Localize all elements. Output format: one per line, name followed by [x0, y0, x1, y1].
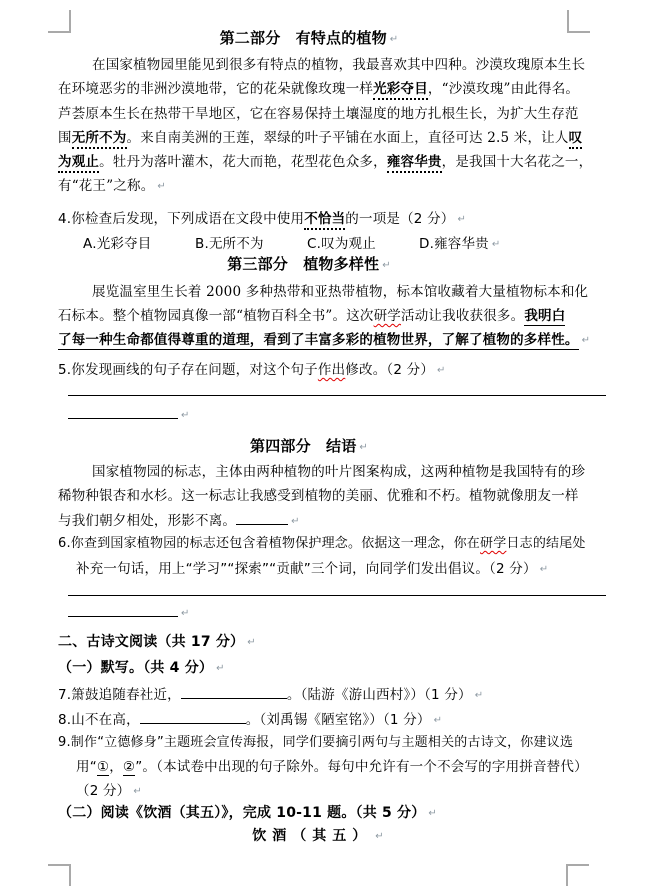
- paragraph-mark-icon: ↵: [434, 715, 443, 726]
- part3-para-line: 石标本。整个植物园真像一部“植物百科全书”。这次研学活动让我收获很多。我明白: [58, 306, 610, 326]
- part2-heading-text: 第二部分 有特点的植物: [220, 29, 387, 47]
- emphasized-idiom: 叹: [569, 130, 583, 149]
- para-text: 在国家植物园里能见到很多有特点的植物，我最喜欢其中四种。沙漠玫瑰原本生长: [92, 57, 585, 73]
- question-text: ，: [109, 759, 123, 775]
- question-6: 6.你查到国家植物园的标志还包含着植物保护理念。依据这一理念，你在研学日志的结尾…: [58, 534, 610, 554]
- para-text: 与我们朝夕相处，形影不离。: [58, 513, 236, 529]
- emphasized-idiom: 光彩夺目: [373, 81, 428, 100]
- part3-heading: 第三部分 植物多样性↵: [48, 254, 570, 276]
- part4-heading: 第四部分 结语↵: [48, 436, 570, 458]
- part4-para-line: 国家植物园的标志，主体由两种植物的叶片图案构成，这两种植物是我国特有的珍: [92, 462, 644, 482]
- question-5: 5.你发现画线的句子存在问题，对这个句子作出修改。（2 分）↵: [58, 360, 610, 381]
- question-4: 4.你检查后发现，下列成语在文段中使用不恰当的一项是（2 分）↵: [58, 209, 610, 230]
- question-8: 8.山不在高，。（刘禹锡《陋室铭》）（1 分）↵: [58, 709, 610, 731]
- crop-mark-bottom-right: [566, 864, 589, 886]
- option-d: D.雍容华贵: [419, 236, 489, 252]
- answer-blank-row: [68, 381, 620, 402]
- emphasized-term: 不恰当: [304, 211, 345, 230]
- section2-sub1: （一）默写。（共 4 分）↵: [58, 658, 610, 679]
- paragraph-mark-icon: ↵: [428, 808, 437, 819]
- paragraph-mark-icon: ↵: [390, 34, 399, 45]
- paragraph-mark-icon: ↵: [382, 260, 391, 271]
- part2-para-line: 在环境恶劣的非洲沙漠地带，它的花朵就像玫瑰一样光彩夺目，“沙漠玫瑰”由此得名。: [58, 79, 610, 99]
- part2-para-line: 在国家植物园里能见到很多有特点的植物，我最喜欢其中四种。沙漠玫瑰原本生长: [92, 55, 644, 75]
- question-text: （2 分）: [76, 783, 130, 799]
- section2-sub2: （二）阅读《饮酒（其五）》，完成 10-11 题。（共 5 分）↵: [58, 803, 610, 824]
- answer-blank-line: [68, 602, 178, 617]
- para-text: 。来自南美洲的王莲，翠绿的叶子平铺在水面上，直径可达 2.5 米，让人: [127, 130, 569, 146]
- emphasized-idiom: 无所不为: [72, 130, 127, 149]
- crop-mark-top-right: [567, 10, 590, 33]
- paragraph-mark-icon: ↵: [291, 516, 300, 527]
- spellcheck-flagged-text: 研学: [374, 308, 401, 324]
- part4-para-line: 稀物种银杏和水杉。这一标志让我感受到植物的美丽、优雅和不朽。植物就像朋友一样: [58, 486, 610, 506]
- option-a: A.光彩夺目: [83, 234, 195, 254]
- part2-para-line: 芦荟原本生长在热带干旱地区，它在容易保持土壤湿度的地方扎根生长，为扩大生存范: [58, 104, 610, 124]
- part4-para-line: 与我们朝夕相处，形影不离。↵: [58, 510, 610, 532]
- para-text: 展览温室里生长着 2000 多种热带和亚热带植物，标本馆收藏着大量植物标本和化: [92, 284, 588, 300]
- answer-blank-row: [68, 581, 620, 602]
- subsection-title-text: （二）阅读《饮酒（其五）》，完成 10-11 题。（共 5 分）: [58, 805, 425, 821]
- answer-blank-row: ↵: [68, 602, 620, 624]
- circled-number-2: ②: [123, 759, 135, 776]
- paragraph-mark-icon: ↵: [157, 181, 166, 192]
- answer-blank-line: [68, 381, 606, 396]
- crop-mark-bottom-left: [48, 864, 71, 886]
- option-c: C.叹为观止: [307, 234, 419, 254]
- exam-paper-page: 第二部分 有特点的植物↵ 在国家植物园里能见到很多有特点的植物，我最喜欢其中四种…: [0, 0, 645, 886]
- part3-heading-text: 第三部分 植物多样性: [227, 255, 379, 273]
- question-9: 9.制作“立德修身”主题班会宣传海报，同学们要摘引两句与主题相关的古诗文，你建议…: [58, 733, 610, 753]
- paragraph-mark-icon: ↵: [216, 663, 225, 674]
- paragraph-mark-icon: ↵: [375, 831, 383, 842]
- paragraph-mark-icon: ↵: [437, 365, 446, 376]
- question-text: 6.你查到国家植物园的标志还包含着植物保护理念。依据这一理念，你在: [58, 536, 480, 551]
- para-text: ，是我国十大名花之一，: [442, 154, 593, 170]
- question-text: 9.制作“立德修身”主题班会宣传海报，同学们要摘引两句与主题相关的古诗文，你建议…: [58, 735, 573, 750]
- para-text: 石标本。整个植物园真像一部“植物百科全书”。这次: [58, 308, 374, 324]
- question-9-continued: 用“①，②”。（本试卷中出现的句子除外。每句中允许有一个不会写的字用拼音替代）: [76, 757, 628, 777]
- para-text: 稀物种银杏和水杉。这一标志让我感受到植物的美丽、优雅和不朽。植物就像朋友一样: [58, 488, 579, 504]
- emphasized-idiom: 雍容华贵: [387, 154, 442, 173]
- answer-blank-line: [236, 510, 288, 525]
- question-text: 用“: [76, 759, 97, 775]
- paragraph-mark-icon: ↵: [133, 786, 142, 797]
- option-b: B.无所不为: [195, 234, 307, 254]
- circled-number-1: ①: [97, 759, 109, 776]
- question-text: 4.你检查后发现，下列成语在文段中使用: [58, 211, 304, 227]
- para-text: 在环境恶劣的非洲沙漠地带，它的花朵就像玫瑰一样: [58, 81, 373, 97]
- answer-blank-line: [181, 684, 287, 699]
- underlined-sentence: 了每一种生命都值得尊重的道理，看到了丰富多彩的植物世界，了解了植物的多样性。: [58, 332, 579, 350]
- para-text: 活动让我收获很多。: [401, 308, 524, 324]
- subsection-title-text: （一）默写。（共 4 分）: [58, 660, 213, 676]
- paragraph-mark-icon: ↵: [359, 442, 368, 453]
- paragraph-mark-icon: ↵: [582, 335, 591, 346]
- question-6-continued: 补充一句话，用上“学习”“探索”“贡献”三个词，向同学们发出倡议。（2 分）↵: [76, 559, 628, 580]
- part2-para-line: 有“花王”之称。↵: [58, 176, 610, 197]
- question-9-score: （2 分）↵: [76, 781, 628, 802]
- answer-blank-line: [68, 581, 606, 596]
- para-text: 有“花王”之称。: [58, 178, 154, 194]
- question-text: 日志的结尾处: [506, 536, 585, 551]
- para-text: 围: [58, 130, 72, 146]
- question-4-options: A.光彩夺目B.无所不为C.叹为观止D.雍容华贵↵: [83, 234, 635, 255]
- paragraph-mark-icon: ↵: [492, 239, 501, 250]
- poem-title: 饮酒（其五）↵: [48, 826, 588, 847]
- section-title-text: 二、古诗文阅读（共 17 分）: [58, 634, 244, 650]
- paragraph-mark-icon: ↵: [475, 690, 484, 701]
- section2-title: 二、古诗文阅读（共 17 分）↵: [58, 632, 610, 653]
- part3-para-line: 展览温室里生长着 2000 多种热带和亚热带植物，标本馆收藏着大量植物标本和化: [92, 282, 644, 302]
- underlined-sentence: 我明白: [524, 308, 565, 326]
- answer-blank-line: [140, 709, 246, 724]
- spellcheck-flagged-text: 研学: [480, 536, 506, 551]
- para-text: 。牡丹为落叶灌木，花大而艳，花型花色众多，: [99, 154, 387, 170]
- spellcheck-flagged-text: 作出: [318, 362, 345, 378]
- paragraph-mark-icon: ↵: [540, 564, 549, 575]
- paragraph-mark-icon: ↵: [181, 608, 190, 619]
- part3-para-line: 了每一种生命都值得尊重的道理，看到了丰富多彩的植物世界，了解了植物的多样性。↵: [58, 330, 610, 351]
- emphasized-idiom: 为观止: [58, 154, 99, 173]
- para-text: 芦荟原本生长在热带干旱地区，它在容易保持土壤湿度的地方扎根生长，为扩大生存范: [58, 106, 579, 122]
- part2-para-line: 围无所不为。来自南美洲的王莲，翠绿的叶子平铺在水面上，直径可达 2.5 米，让人…: [58, 128, 610, 148]
- question-text: 的一项是（2 分）: [345, 211, 454, 227]
- question-text: 7.箫鼓追随春社近，: [58, 687, 181, 703]
- para-text: 国家植物园的标志，主体由两种植物的叶片图案构成，这两种植物是我国特有的珍: [92, 464, 585, 480]
- answer-blank-row: ↵: [68, 404, 620, 426]
- question-text: 8.山不在高，: [58, 712, 140, 728]
- paragraph-mark-icon: ↵: [457, 214, 466, 225]
- part4-heading-text: 第四部分 结语: [250, 437, 356, 455]
- answer-blank-line: [68, 404, 178, 419]
- question-text: 。（陆游《游山西村》）（1 分）: [287, 687, 472, 703]
- paragraph-mark-icon: ↵: [247, 637, 256, 648]
- part2-heading: 第二部分 有特点的植物↵: [48, 28, 570, 50]
- poem-title-text: 饮酒（其五）: [252, 828, 372, 844]
- question-7: 7.箫鼓追随春社近，。（陆游《游山西村》）（1 分）↵: [58, 684, 610, 706]
- question-text: 补充一句话，用上“学习”“探索”“贡献”三个词，向同学们发出倡议。（2 分）: [76, 561, 537, 577]
- question-text: 修改。（2 分）: [345, 362, 434, 378]
- part2-para-line: 为观止。牡丹为落叶灌木，花大而艳，花型花色众多，雍容华贵，是我国十大名花之一，: [58, 152, 610, 172]
- para-text: ，“沙漠玫瑰”由此得名。: [428, 81, 579, 97]
- paragraph-mark-icon: ↵: [181, 410, 190, 421]
- question-text: 5.你发现画线的句子存在问题，对这个句子: [58, 362, 318, 378]
- question-text: ”。（本试卷中出现的句子除外。每句中允许有一个不会写的字用拼音替代）: [135, 759, 588, 775]
- question-text: 。（刘禹锡《陋室铭》）（1 分）: [246, 712, 431, 728]
